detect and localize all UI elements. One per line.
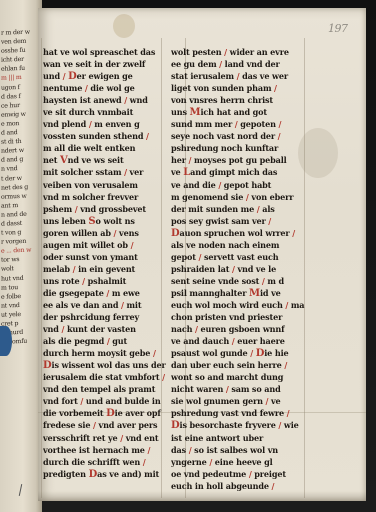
manuscript-line: das / so ist salbes wol vn	[171, 444, 311, 456]
manuscript-line: als die pegmd / gut	[43, 335, 169, 347]
rubric-virgule: /	[246, 192, 249, 202]
line-text: sund mm mer / gepoten /	[171, 119, 281, 129]
line-text: ist eine antwort uber	[171, 433, 263, 443]
manuscript-line: hat ve wol spreaschet das	[43, 46, 169, 58]
line-text: nd ve ws seit	[68, 155, 124, 165]
rubric-virgule: /	[107, 336, 110, 346]
rubric-virgule: /	[63, 71, 66, 81]
rubric-virgule: /	[61, 324, 64, 334]
manuscript-line: uns Mich hat and got	[171, 106, 311, 118]
rubric-virgule: /	[285, 300, 288, 310]
line-text: sie wol gnumen gern / ve	[171, 396, 281, 406]
text-column-a: hat ve wol spreaschet daswan ve seit in …	[43, 46, 169, 480]
rubric-virgule: /	[232, 264, 235, 274]
manuscript-line: Dis wissent wol das uns der	[43, 359, 169, 371]
line-text: uns rote / pshalmit	[43, 276, 126, 286]
rubricated-initial: M	[249, 288, 260, 299]
rubric-virgule: /	[219, 59, 222, 69]
rubric-virgule: /	[232, 336, 235, 346]
line-text: durch herm moysit gebe /	[43, 348, 156, 358]
manuscript-line: sie wol gnumen gern / ve	[171, 395, 311, 407]
line-text: melab / in ein gevent	[43, 264, 135, 274]
line-text: ee als ve dan and / mit	[43, 300, 141, 310]
manuscript-line: pshredung noch kunftar	[171, 142, 311, 154]
text-column-b: wolt pesten / wider an evreee gu dem / l…	[171, 46, 311, 492]
line-text: ve sit durch vnmbait	[43, 107, 133, 117]
line-text: dan uber euch sein herre /	[171, 360, 287, 370]
manuscript-line: ve and dauch / euer haere	[171, 335, 311, 347]
manuscript-line: durch herm moysit gebe /	[43, 347, 169, 359]
line-text: ve and dauch / euer haere	[171, 336, 285, 346]
blue-initial-decoration	[0, 326, 12, 356]
rubric-virgule: /	[209, 457, 212, 467]
manuscript-line: augen mit willet ob /	[43, 239, 169, 251]
line-text: versschrift ret ye / vnd ent	[43, 433, 159, 443]
rubric-virgule: /	[143, 457, 146, 467]
rubric-virgule: /	[262, 276, 265, 286]
line-text: is wissent wol das uns der	[52, 360, 166, 370]
manuscript-line: mit solcher sstam / ver	[43, 166, 169, 178]
rubric-virgule: /	[146, 131, 149, 141]
manuscript-line: sund mm mer / gepoten /	[171, 118, 311, 130]
manuscript-line: versschrift ret ye / vnd ent	[43, 432, 169, 444]
line-text: sent seine vnde sost / m d	[171, 276, 284, 286]
line-text: ee gu dem / land vnd der	[171, 59, 280, 69]
manuscript-line: ve Land gimpt mich das	[171, 166, 311, 178]
line-text: als die pegmd / gut	[43, 336, 127, 346]
manuscript-line: haysten ist anewd / wnd	[43, 94, 169, 106]
line-text: wan ve seit in der zwelf	[43, 59, 145, 69]
rubric-virgule: /	[162, 372, 165, 382]
rubricated-initial: D	[256, 348, 265, 359]
rubric-virgule: /	[124, 167, 127, 177]
line-text: wont so and marcht dung	[171, 372, 283, 382]
manuscript-line: yngerne / eine heeve gl	[171, 456, 311, 468]
line-text: vnd / kunt der vasten	[43, 324, 136, 334]
line-text: ve and die / gepot habt	[171, 180, 271, 190]
rubric-virgule: /	[284, 360, 287, 370]
manuscript-line: pshraiden lat / vnd ve le	[171, 263, 311, 275]
rubric-virgule: /	[195, 324, 198, 334]
line-text: wolt pesten / wider an evre	[171, 47, 289, 57]
rubric-virgule: /	[124, 95, 127, 105]
line-text: augen mit willet ob /	[43, 240, 133, 250]
rubricated-initial: D	[171, 228, 180, 239]
line-text: der pshrcidung ferrey	[43, 312, 139, 322]
manuscript-line: chon pristen vnd priester	[171, 311, 311, 323]
rubric-virgule: /	[75, 204, 78, 214]
facing-page-text: r m der wven demosshe fuicht derehlan fu…	[1, 27, 41, 347]
manuscript-line: euch in holl abgeunde /	[171, 480, 311, 492]
manuscript-line: von vnsres herrn christ	[171, 94, 311, 106]
line-text: von vnsres herrn christ	[171, 95, 273, 105]
folio-number: 197	[328, 22, 348, 35]
rubricated-initial: D	[106, 408, 115, 419]
line-text: vnd m solcher frevver	[43, 192, 138, 202]
manuscript-line: vnd fort / und and bulde in	[43, 395, 169, 407]
rubric-virgule: /	[279, 119, 282, 129]
manuscript-line: ve sit durch vnmbait	[43, 106, 169, 118]
line-text: pshredung vast vnd fewre /	[171, 408, 289, 418]
rubricated-initial: D	[68, 71, 77, 82]
manuscript-line: oder sunst von ymant	[43, 251, 169, 263]
rubric-virgule: /	[257, 204, 260, 214]
line-text: der mit sunden me / als	[171, 204, 275, 214]
line-text: die gsegepate / m ewe	[43, 288, 140, 298]
line-text: auon spruchen wol wrrer /	[180, 228, 295, 238]
manuscript-line: nicht waren / sam so and	[171, 383, 311, 395]
manuscript-line: m genomend sie / von eberr	[171, 191, 311, 203]
line-text: vnd fort / und and bulde in	[43, 396, 161, 406]
line-text: yngerne / eine heeve gl	[171, 457, 273, 467]
line-text: gepot / servett vast euch	[171, 252, 279, 262]
rubric-virgule: /	[272, 481, 275, 491]
manuscript-line: melab / in ein gevent	[43, 263, 169, 275]
manuscript-line: Dauon spruchen wol wrrer /	[171, 227, 311, 239]
rubric-virgule: /	[218, 180, 221, 190]
ruling-line	[41, 38, 42, 498]
manuscript-line: und / Der ewigen ge	[43, 70, 169, 82]
rubric-virgule: /	[147, 445, 150, 455]
line-text: pos sey gwist sam ver /	[171, 216, 271, 226]
line-text: goren willen ab / vens	[43, 228, 139, 238]
line-text: vossten sunden sthend /	[43, 131, 149, 141]
rubric-virgule: /	[189, 445, 192, 455]
line-text: stat ierusalem / das ve wer	[171, 71, 288, 81]
line-text: m genomend sie / von eberr	[171, 192, 293, 202]
rubricated-initial: D	[171, 420, 180, 431]
rubric-virgule: /	[265, 396, 268, 406]
rubric-virgule: /	[235, 119, 238, 129]
line-text: ie aver opf	[115, 408, 161, 418]
manuscript-line: gepot / servett vast euch	[171, 251, 311, 263]
manuscript-line: oe vnd pedeutme / preiget	[171, 468, 311, 480]
rubric-virgule: /	[153, 348, 156, 358]
manuscript-line: vnd den tempel als pramt	[43, 383, 169, 395]
manuscript-line: vnd m solcher frevver	[43, 191, 169, 203]
rubric-virgule: /	[189, 155, 192, 165]
line-text: chon pristen vnd priester	[171, 312, 282, 322]
rubric-virgule: /	[85, 83, 88, 93]
manuscript-line: ee gu dem / land vnd der	[171, 58, 311, 70]
line-text: her / moyses pot gu peball	[171, 155, 287, 165]
rubricated-initial: V	[60, 155, 68, 166]
manuscript-line: m all die welt entken	[43, 142, 169, 154]
line-text: id ve	[260, 288, 281, 298]
manuscript-line: als ve noden nach einem	[171, 239, 311, 251]
manuscript-line: vnd / kunt der vasten	[43, 323, 169, 335]
line-text: oe vnd pedeutme / preiget	[171, 469, 286, 479]
line-prefix: uns leben	[43, 216, 88, 226]
line-text: nentume / die wol ge	[43, 83, 135, 93]
manuscript-line: predigten Das ve and) mit	[43, 468, 169, 480]
line-text: ierusalem die stat vmbfort /	[43, 372, 165, 382]
manuscript-line: psil mannghalter Mid ve	[171, 287, 311, 299]
manuscript-line: die gsegepate / m ewe	[43, 287, 169, 299]
manuscript-line: durch die schrifft wen /	[43, 456, 169, 468]
rubric-virgule: /	[278, 420, 281, 430]
rubric-virgule: /	[131, 240, 134, 250]
line-text: fredese sie / vnd aver pers	[43, 420, 157, 430]
manuscript-line: pshem / vnd grossbevet	[43, 203, 169, 215]
manuscript-line: ist eine antwort uber	[171, 432, 311, 444]
line-text: euch in holl abgeunde /	[171, 481, 274, 491]
rubric-virgule: /	[224, 47, 227, 57]
manuscript-line: her / moyses pot gu peball	[171, 154, 311, 166]
line-text: veiben von verusalem	[43, 180, 138, 190]
line-text: seye noch vast nord der /	[171, 131, 280, 141]
rubric-virgule: /	[292, 228, 295, 238]
manuscript-line: pshredung vast vnd fewre /	[171, 407, 311, 419]
line-text: als ve noden nach einem	[171, 240, 279, 250]
line-text: m all die welt entken	[43, 143, 135, 153]
manuscript-line: euch wol moch wird euch / ma	[171, 299, 311, 311]
rubric-virgule: /	[89, 119, 92, 129]
manuscript-line: wont so and marcht dung	[171, 371, 311, 383]
line-prefix: predigten	[43, 469, 89, 479]
rubricated-initial: D	[89, 469, 98, 480]
rubric-virgule: /	[278, 131, 281, 141]
rubric-virgule: /	[120, 433, 123, 443]
rubric-virgule: /	[121, 300, 124, 310]
line-prefix: psaust wol gunde /	[171, 348, 256, 358]
manuscript-line: ierusalem die stat vmbfort /	[43, 371, 169, 383]
manuscript-line: der pshrcidung ferrey	[43, 311, 169, 323]
rubric-virgule: /	[199, 252, 202, 262]
rubric-virgule: /	[249, 469, 252, 479]
line-text: vorthee ist hernach me /	[43, 445, 150, 455]
manuscript-line: ve and die / gepot habt	[171, 179, 311, 191]
line-text: is besorchaste fryvere / wie	[180, 420, 299, 430]
line-text: ie hie	[264, 348, 288, 358]
manuscript-line: stat ierusalem / das ve wer	[171, 70, 311, 82]
line-text: vnd plend / m enven g	[43, 119, 140, 129]
line-text: nach / euren gsboen wnnf	[171, 324, 284, 334]
parchment-stain	[113, 14, 135, 38]
manuscript-line: vorthee ist hernach me /	[43, 444, 169, 456]
manuscript-line: dan uber euch sein herre /	[171, 359, 311, 371]
line-text: mit solcher sstam / ver	[43, 167, 143, 177]
manuscript-line: seye noch vast nord der /	[171, 130, 311, 142]
manuscript-line: Dis besorchaste fryvere / wie	[171, 419, 311, 431]
line-text: durch die schrifft wen /	[43, 457, 146, 467]
manuscript-line: pos sey gwist sam ver /	[171, 215, 311, 227]
manuscript-line: fredese sie / vnd aver pers	[43, 419, 169, 431]
rubric-virgule: /	[114, 228, 117, 238]
manuscript-line: nach / euren gsboen wnnf	[171, 323, 311, 335]
manuscript-line: veiben von verusalem	[43, 179, 169, 191]
rubric-virgule: /	[250, 348, 253, 358]
manuscript-line: uns leben So wolt ns	[43, 215, 169, 227]
line-text: pshredung noch kunftar	[171, 143, 278, 153]
rubric-virgule: /	[106, 288, 109, 298]
manuscript-line: die vorbemeit Die aver opf	[43, 407, 169, 419]
line-text: oder sunst von ymant	[43, 252, 138, 262]
line-text: das / so ist salbes wol vn	[171, 445, 278, 455]
rubric-virgule: /	[268, 216, 271, 226]
line-text: hat ve wol spreaschet das	[43, 47, 155, 57]
line-prefix: die vorbemeit	[43, 408, 106, 418]
rubric-virgule: /	[287, 408, 290, 418]
manuscript-line: ee als ve dan and / mit	[43, 299, 169, 311]
manuscript-line: vossten sunden sthend /	[43, 130, 169, 142]
manuscript-page: 197 hat ve wol spreaschet daswan ve seit…	[38, 8, 366, 501]
rubric-virgule: /	[274, 83, 277, 93]
manuscript-line: liget von sunden pham /	[171, 82, 311, 94]
rubricated-initial: D	[43, 360, 52, 371]
line-text: o wolt ns	[95, 216, 134, 226]
line-text: euch wol moch wird euch / ma	[171, 300, 304, 310]
line-text: pshem / vnd grossbevet	[43, 204, 146, 214]
rubric-virgule: /	[226, 384, 229, 394]
line-text: ich hat and got	[200, 107, 267, 117]
rubric-virgule: /	[82, 276, 85, 286]
line-text: vnd den tempel als pramt	[43, 384, 155, 394]
manuscript-line: wan ve seit in der zwelf	[43, 58, 169, 70]
line-prefix: psil mannghalter	[171, 288, 249, 298]
line-text: pshraiden lat / vnd ve le	[171, 264, 276, 274]
pen-mark	[19, 484, 22, 496]
manuscript-line: wolt pesten / wider an evre	[171, 46, 311, 58]
line-text: nicht waren / sam so and	[171, 384, 281, 394]
facing-page-left: r m der wven demosshe fuicht derehlan fu…	[0, 0, 42, 512]
line-text: er ewigen ge	[77, 71, 133, 81]
manuscript-line: uns rote / pshalmit	[43, 275, 169, 287]
line-text: haysten ist anewd / wnd	[43, 95, 148, 105]
rubric-virgule: /	[237, 71, 240, 81]
manuscript-line: sent seine vnde sost / m d	[171, 275, 311, 287]
line-prefix: und /	[43, 71, 68, 81]
line-text: and gimpt mich das	[190, 167, 277, 177]
line-text: as ve and) mit	[97, 469, 159, 479]
line-prefix: net	[43, 155, 60, 165]
rubric-virgule: /	[73, 264, 76, 274]
rubric-virgule: /	[93, 420, 96, 430]
rubric-virgule: /	[80, 396, 83, 406]
rubricated-initial: M	[190, 107, 201, 118]
line-prefix: ve	[171, 167, 183, 177]
manuscript-line: goren willen ab / vens	[43, 227, 169, 239]
manuscript-line: nentume / die wol ge	[43, 82, 169, 94]
manuscript-line: vnd plend / m enven g	[43, 118, 169, 130]
manuscript-line: psaust wol gunde / Die hie	[171, 347, 311, 359]
line-prefix: uns	[171, 107, 190, 117]
manuscript-line: der mit sunden me / als	[171, 203, 311, 215]
manuscript-line: net Vnd ve ws seit	[43, 154, 169, 166]
line-text: liget von sunden pham /	[171, 83, 277, 93]
